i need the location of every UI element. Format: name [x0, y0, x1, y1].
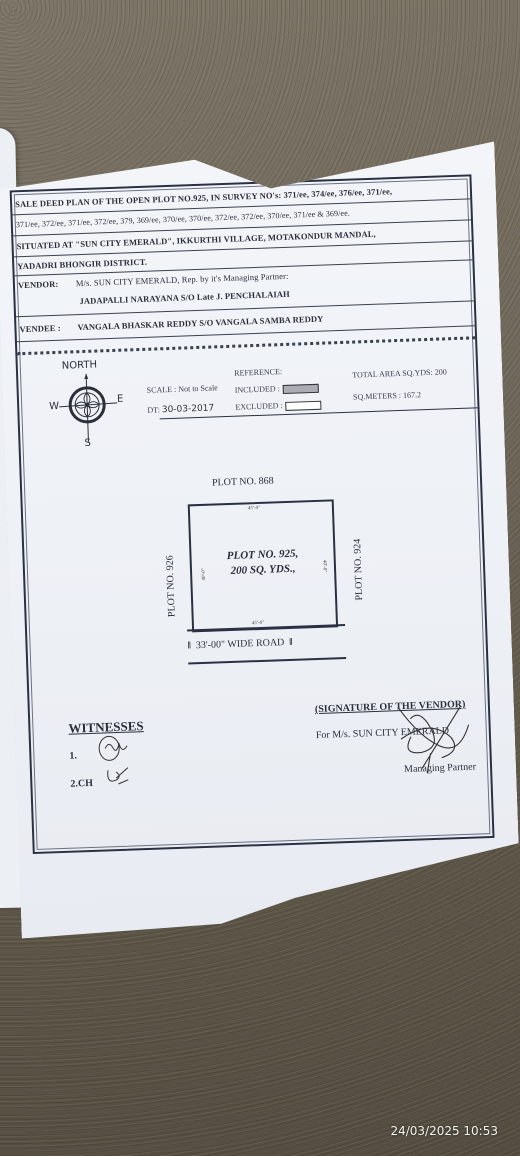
date-label: DT:: [147, 405, 160, 414]
date-field: DT: 30-03-2017: [147, 403, 214, 415]
witness-signatures: [93, 733, 155, 795]
witness-2: 2.CH: [70, 778, 93, 790]
total-area: TOTAL AREA SQ.YDS: 200: [352, 367, 447, 379]
plot-925-boundary: 45'-0" 45'-0" 40'-0" 40'-0" PLOT NO. 925…: [188, 499, 338, 632]
excluded-label: EXCLUDED :: [235, 401, 283, 412]
included-swatch: [283, 383, 319, 393]
north-neighbor-plot: PLOT NO. 868: [212, 475, 274, 488]
dim-bottom: 45'-0": [252, 621, 265, 626]
included-label: INCLUDED :: [235, 384, 280, 395]
included-legend: INCLUDED :: [235, 383, 319, 396]
excluded-swatch: [286, 400, 322, 410]
excluded-legend: EXCLUDED :: [235, 400, 322, 413]
scale-note: SCALE : Not to Scale: [147, 383, 218, 394]
date-value: 30-03-2017: [162, 403, 215, 415]
document-frame: SALE DEED PLAN OF THE OPEN PLOT NO.925, …: [10, 174, 495, 854]
vendee-label: VENDEE :: [19, 315, 78, 341]
vendor-label: VENDOR:: [18, 278, 76, 290]
vendor-line-2: JADAPALLI NARAYANA S/O Late J. PENCHALAI…: [79, 289, 290, 306]
vendor-line-1: M/s. SUN CITY EMERALD, Rep. by it's Mana…: [76, 271, 289, 288]
west-neighbor-plot: PLOT NO. 926: [164, 555, 177, 617]
reference-label: REFERENCE:: [234, 367, 282, 378]
sq-meters: SQ.METERS : 167.2: [353, 390, 421, 401]
witness-1: 1.: [69, 750, 77, 761]
compass-rose: NORTH W E S: [48, 358, 131, 456]
compass-north: NORTH: [62, 360, 98, 372]
dim-top: 45'-0": [248, 506, 261, 511]
vendor-signature: [390, 696, 483, 779]
east-neighbor-plot: PLOT NO. 924: [352, 539, 365, 601]
road-width: 33'-00" WIDE ROAD: [196, 637, 285, 651]
photo-timestamp: 24/03/2025 10:53: [390, 1124, 498, 1138]
plot-label: PLOT NO. 925, 200 SQ. YDS.,: [191, 545, 334, 580]
road-bottom-edge: [188, 657, 346, 665]
vendee-value: VANGALA BHASKAR REDDY S/O VANGALA SAMBA …: [77, 314, 323, 333]
road-label: ‖ 33'-00" WIDE ROAD ‖: [187, 637, 292, 652]
sale-deed-plan-document: SALE DEED PLAN OF THE OPEN PLOT NO.925, …: [0, 142, 520, 939]
compass-icon: [48, 370, 131, 453]
